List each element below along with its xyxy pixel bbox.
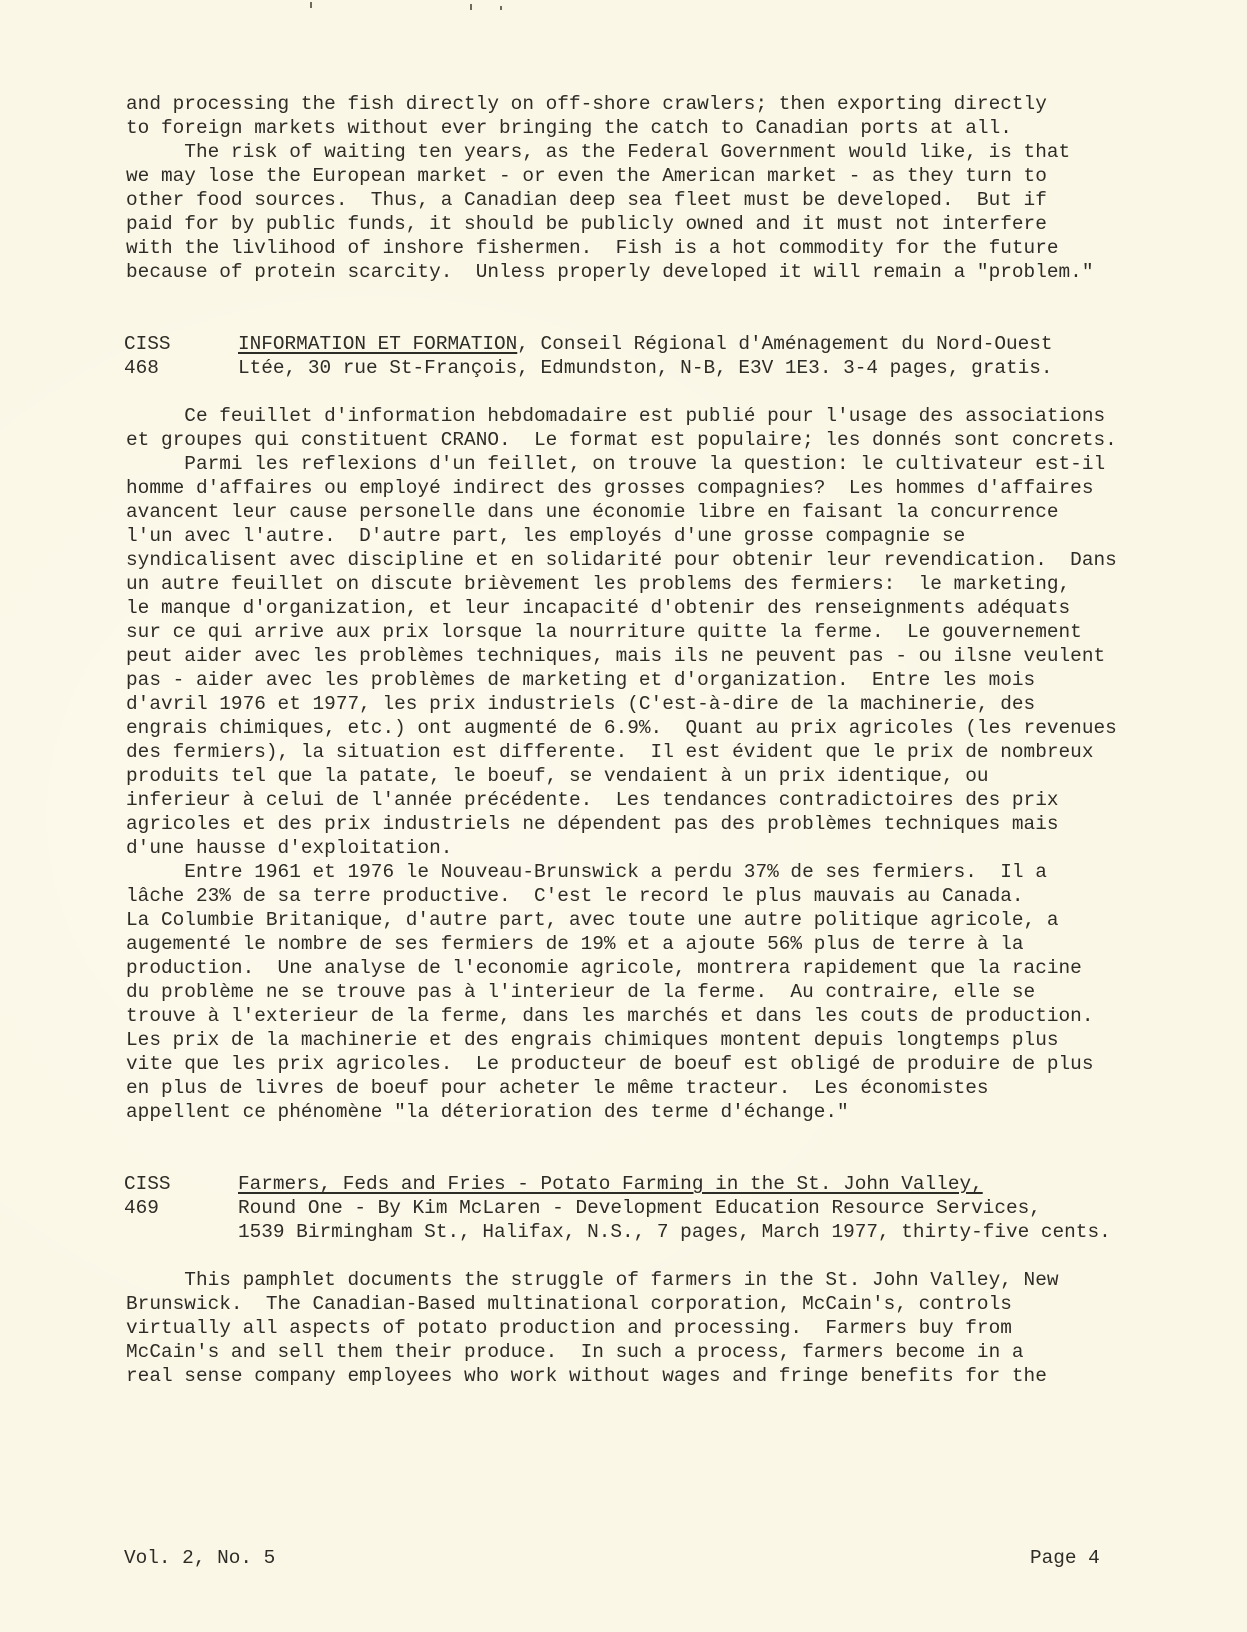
text-line: d'avril 1976 et 1977, les prix industrie… xyxy=(126,692,1035,716)
page-number: Page 4 xyxy=(1030,1546,1100,1570)
text-line: en plus de livres de boeuf pour acheter … xyxy=(126,1076,989,1100)
entry-title: Farmers, Feds and Fries - Potato Farming… xyxy=(238,1173,983,1195)
scan-speck xyxy=(470,4,472,10)
text-line: homme d'affaires ou employé indirect des… xyxy=(126,476,1093,500)
entry-citation-line: 1539 Birmingham St., Halifax, N.S., 7 pa… xyxy=(238,1220,1111,1244)
entry-id-number: 468 xyxy=(124,356,159,380)
text-line: appellent ce phénomène "la déterioration… xyxy=(126,1100,849,1124)
text-line: and processing the fish directly on off-… xyxy=(126,92,1047,116)
text-line: production. Une analyse de l'economie ag… xyxy=(126,956,1082,980)
text-line: because of protein scarcity. Unless prop… xyxy=(126,260,1093,284)
text-line: Parmi les reflexions d'un feillet, on tr… xyxy=(126,452,1105,476)
text-line: This pamphlet documents the struggle of … xyxy=(126,1268,1059,1292)
text-line: we may lose the European market - or eve… xyxy=(126,164,1047,188)
volume-number: Vol. 2, No. 5 xyxy=(124,1546,275,1570)
text-line: agricoles et des prix industriels ne dép… xyxy=(126,812,1059,836)
text-line: Entre 1961 et 1976 le Nouveau-Brunswick … xyxy=(126,860,1047,884)
text-line: syndicalisent avec discipline et en soli… xyxy=(126,548,1117,572)
text-line: Brunswick. The Canadian-Based multinatio… xyxy=(126,1292,1012,1316)
entry-citation-line: Round One - By Kim McLaren - Development… xyxy=(238,1196,1041,1220)
text-line: sur ce qui arrive aux prix lorsque la no… xyxy=(126,620,1082,644)
text-line: with the livlihood of inshore fishermen.… xyxy=(126,236,1059,260)
entry-citation-line: Ltée, 30 rue St-François, Edmundston, N-… xyxy=(238,356,1053,380)
entry-id-label: CISS xyxy=(124,332,171,356)
scan-speck xyxy=(310,2,312,8)
text-line: produits tel que la patate, le boeuf, se… xyxy=(126,764,989,788)
text-line: et groupes qui constituent CRANO. Le for… xyxy=(126,428,1117,452)
text-line: augementé le nombre de ses fermiers de 1… xyxy=(126,932,1024,956)
text-line: pas - aider avec les problèmes de market… xyxy=(126,668,1035,692)
text-line: un autre feuillet on discute brièvement … xyxy=(126,572,1070,596)
text-line: La Columbie Britanique, d'autre part, av… xyxy=(126,908,1059,932)
entry-citation-line: INFORMATION ET FORMATION, Conseil Région… xyxy=(238,332,1053,356)
text-line: real sense company employees who work wi… xyxy=(126,1364,1047,1388)
text-line: to foreign markets without ever bringing… xyxy=(126,116,1012,140)
text-line: engrais chimiques, etc.) ont augmenté de… xyxy=(126,716,1117,740)
text-line: Les prix de la machinerie et des engrais… xyxy=(126,1028,1059,1052)
text-line: vite que les prix agricoles. Le producte… xyxy=(126,1052,1093,1076)
text-line: le manque d'organization, et leur incapa… xyxy=(126,596,1070,620)
text-line: McCain's and sell them their produce. In… xyxy=(126,1340,1024,1364)
text-line: lâche 23% de sa terre productive. C'est … xyxy=(126,884,1024,908)
document-page: and processing the fish directly on off-… xyxy=(0,0,1247,1632)
entry-id-label: CISS xyxy=(124,1172,171,1196)
text-line: virtually all aspects of potato producti… xyxy=(126,1316,1012,1340)
text-line: l'un avec l'autre. D'autre part, les emp… xyxy=(126,524,965,548)
text-line: du problème ne se trouve pas à l'interie… xyxy=(126,980,1035,1004)
entry-title: INFORMATION ET FORMATION xyxy=(238,333,517,355)
text-line: peut aider avec les problèmes techniques… xyxy=(126,644,1105,668)
text-line: trouve à l'exterieur de la ferme, dans l… xyxy=(126,1004,1093,1028)
text-line: paid for by public funds, it should be p… xyxy=(126,212,1047,236)
text-line: other food sources. Thus, a Canadian dee… xyxy=(126,188,1047,212)
text-line: Ce feuillet d'information hebdomadaire e… xyxy=(126,404,1105,428)
text-line: avancent leur cause personelle dans une … xyxy=(126,500,1059,524)
entry-publisher: , Conseil Régional d'Aménagement du Nord… xyxy=(517,333,1052,355)
entry-id-number: 469 xyxy=(124,1196,159,1220)
text-line: d'une hausse d'exploitation. xyxy=(126,836,452,860)
text-line: inferieur à celui de l'année précédente.… xyxy=(126,788,1059,812)
entry-citation-line: Farmers, Feds and Fries - Potato Farming… xyxy=(238,1172,983,1196)
scan-speck xyxy=(500,6,502,10)
text-line: des fermiers), la situation est differen… xyxy=(126,740,1093,764)
text-line: The risk of waiting ten years, as the Fe… xyxy=(126,140,1070,164)
